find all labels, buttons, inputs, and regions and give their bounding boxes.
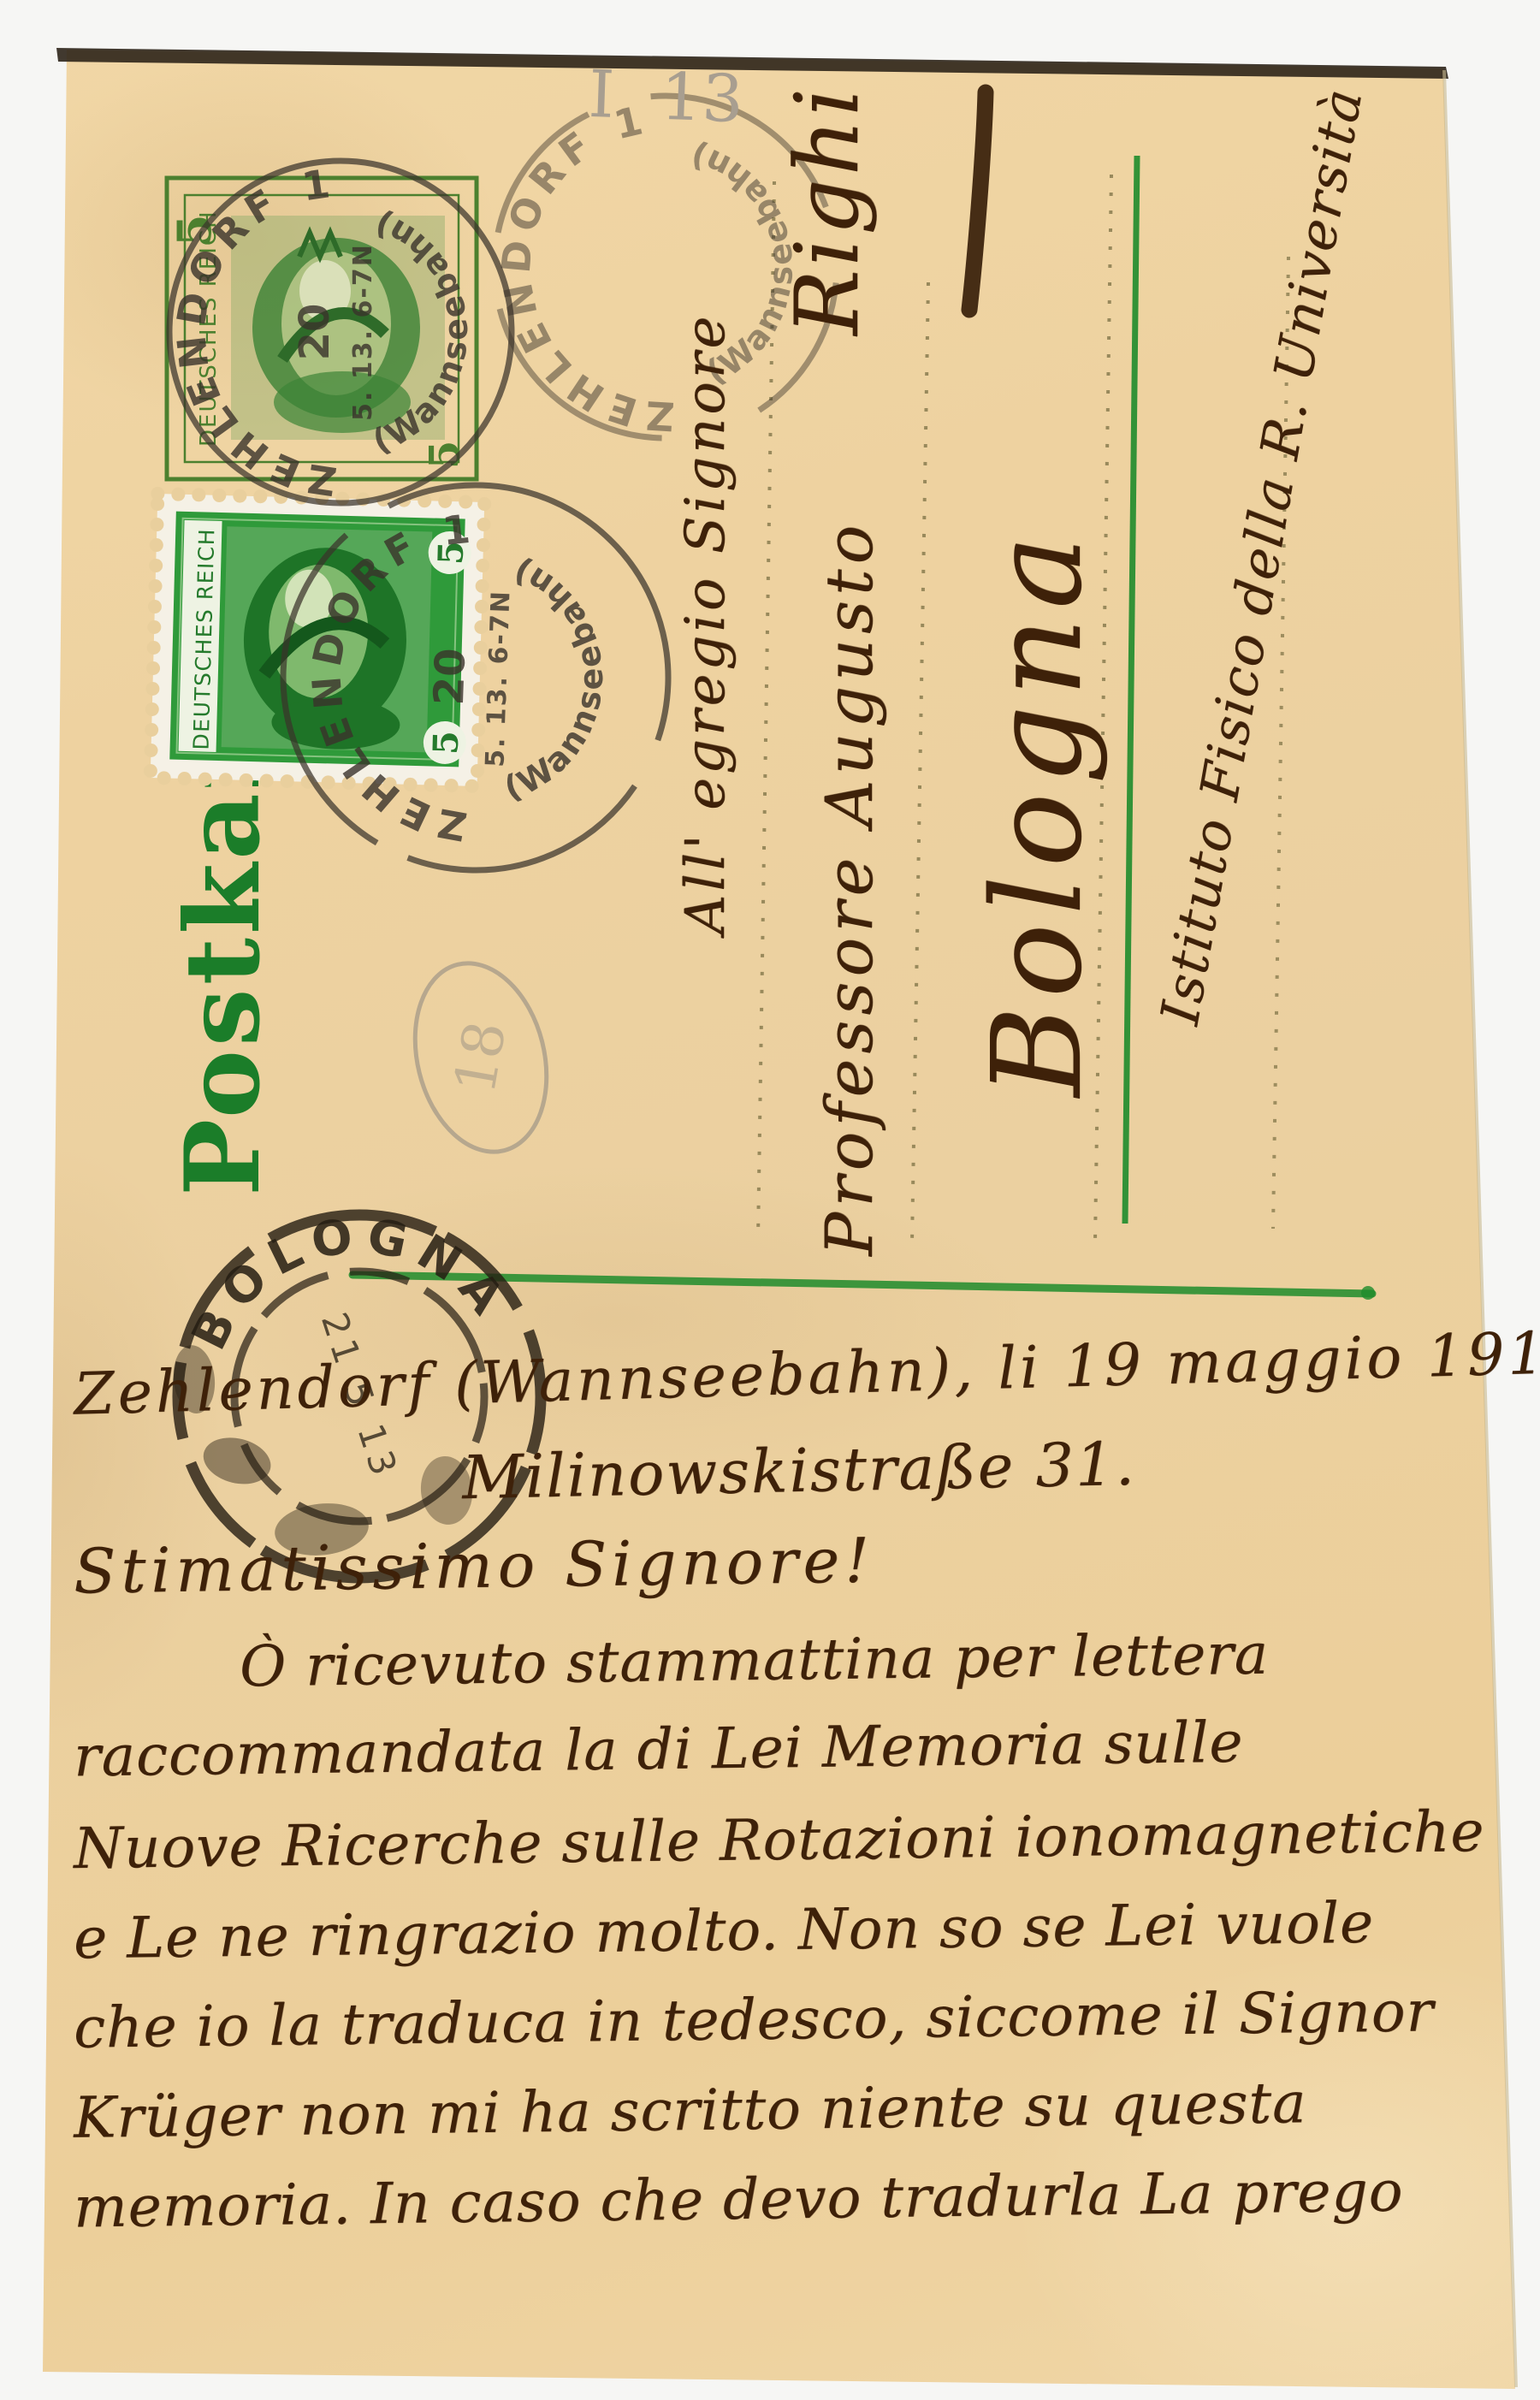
pencil-oval-mark: 18 — [396, 949, 566, 1165]
svg-text:ZEHLENDORF 1: ZEHLENDORF 1 — [478, 95, 680, 454]
pencil-oval-number: 18 — [441, 1016, 518, 1099]
address-dotted-line — [912, 282, 928, 1242]
postmark-date-day: 20 — [291, 304, 339, 361]
svg-text:(Wannseebahn): (Wannseebahn) — [498, 550, 614, 810]
address-title-line: Professore Augusto — [811, 349, 887, 1256]
surname-underline-stroke — [969, 92, 986, 310]
postmark-date-detail: 5. 13. 6-7N — [348, 243, 378, 421]
card-top-edge-shadow — [56, 48, 1448, 79]
postcard-scan: Postkarte DEUTSCHES REICH 5 5 — [0, 0, 1540, 2400]
stamp-value: 5 — [426, 730, 467, 755]
pencil-annotation: I 13 — [588, 56, 745, 137]
address-surname: Righi — [777, 53, 879, 335]
divider-line-end — [1361, 1286, 1375, 1300]
address-city: Bologna — [965, 464, 1109, 1097]
message-salutation: Stimatissimo Signore! — [73, 1524, 874, 1607]
postmark-date-detail: 5. 13. 6-7N — [480, 590, 516, 768]
address-salutation: All' egregio Signore — [674, 335, 737, 934]
message-body-line: Ò ricevuto stammattina per lettera — [240, 1621, 1270, 1700]
postmark-town-arc: ZEHLENDORF 1 — [478, 95, 680, 454]
message-street-line: Milinowskistraße 31. — [461, 1429, 1136, 1513]
postmark-rail-arc: (Wannseebahn) — [498, 550, 614, 810]
postmark-date-day: 20 — [425, 648, 475, 707]
card-right-edge — [1444, 70, 1516, 2387]
address-solid-green-line — [1125, 156, 1137, 1224]
